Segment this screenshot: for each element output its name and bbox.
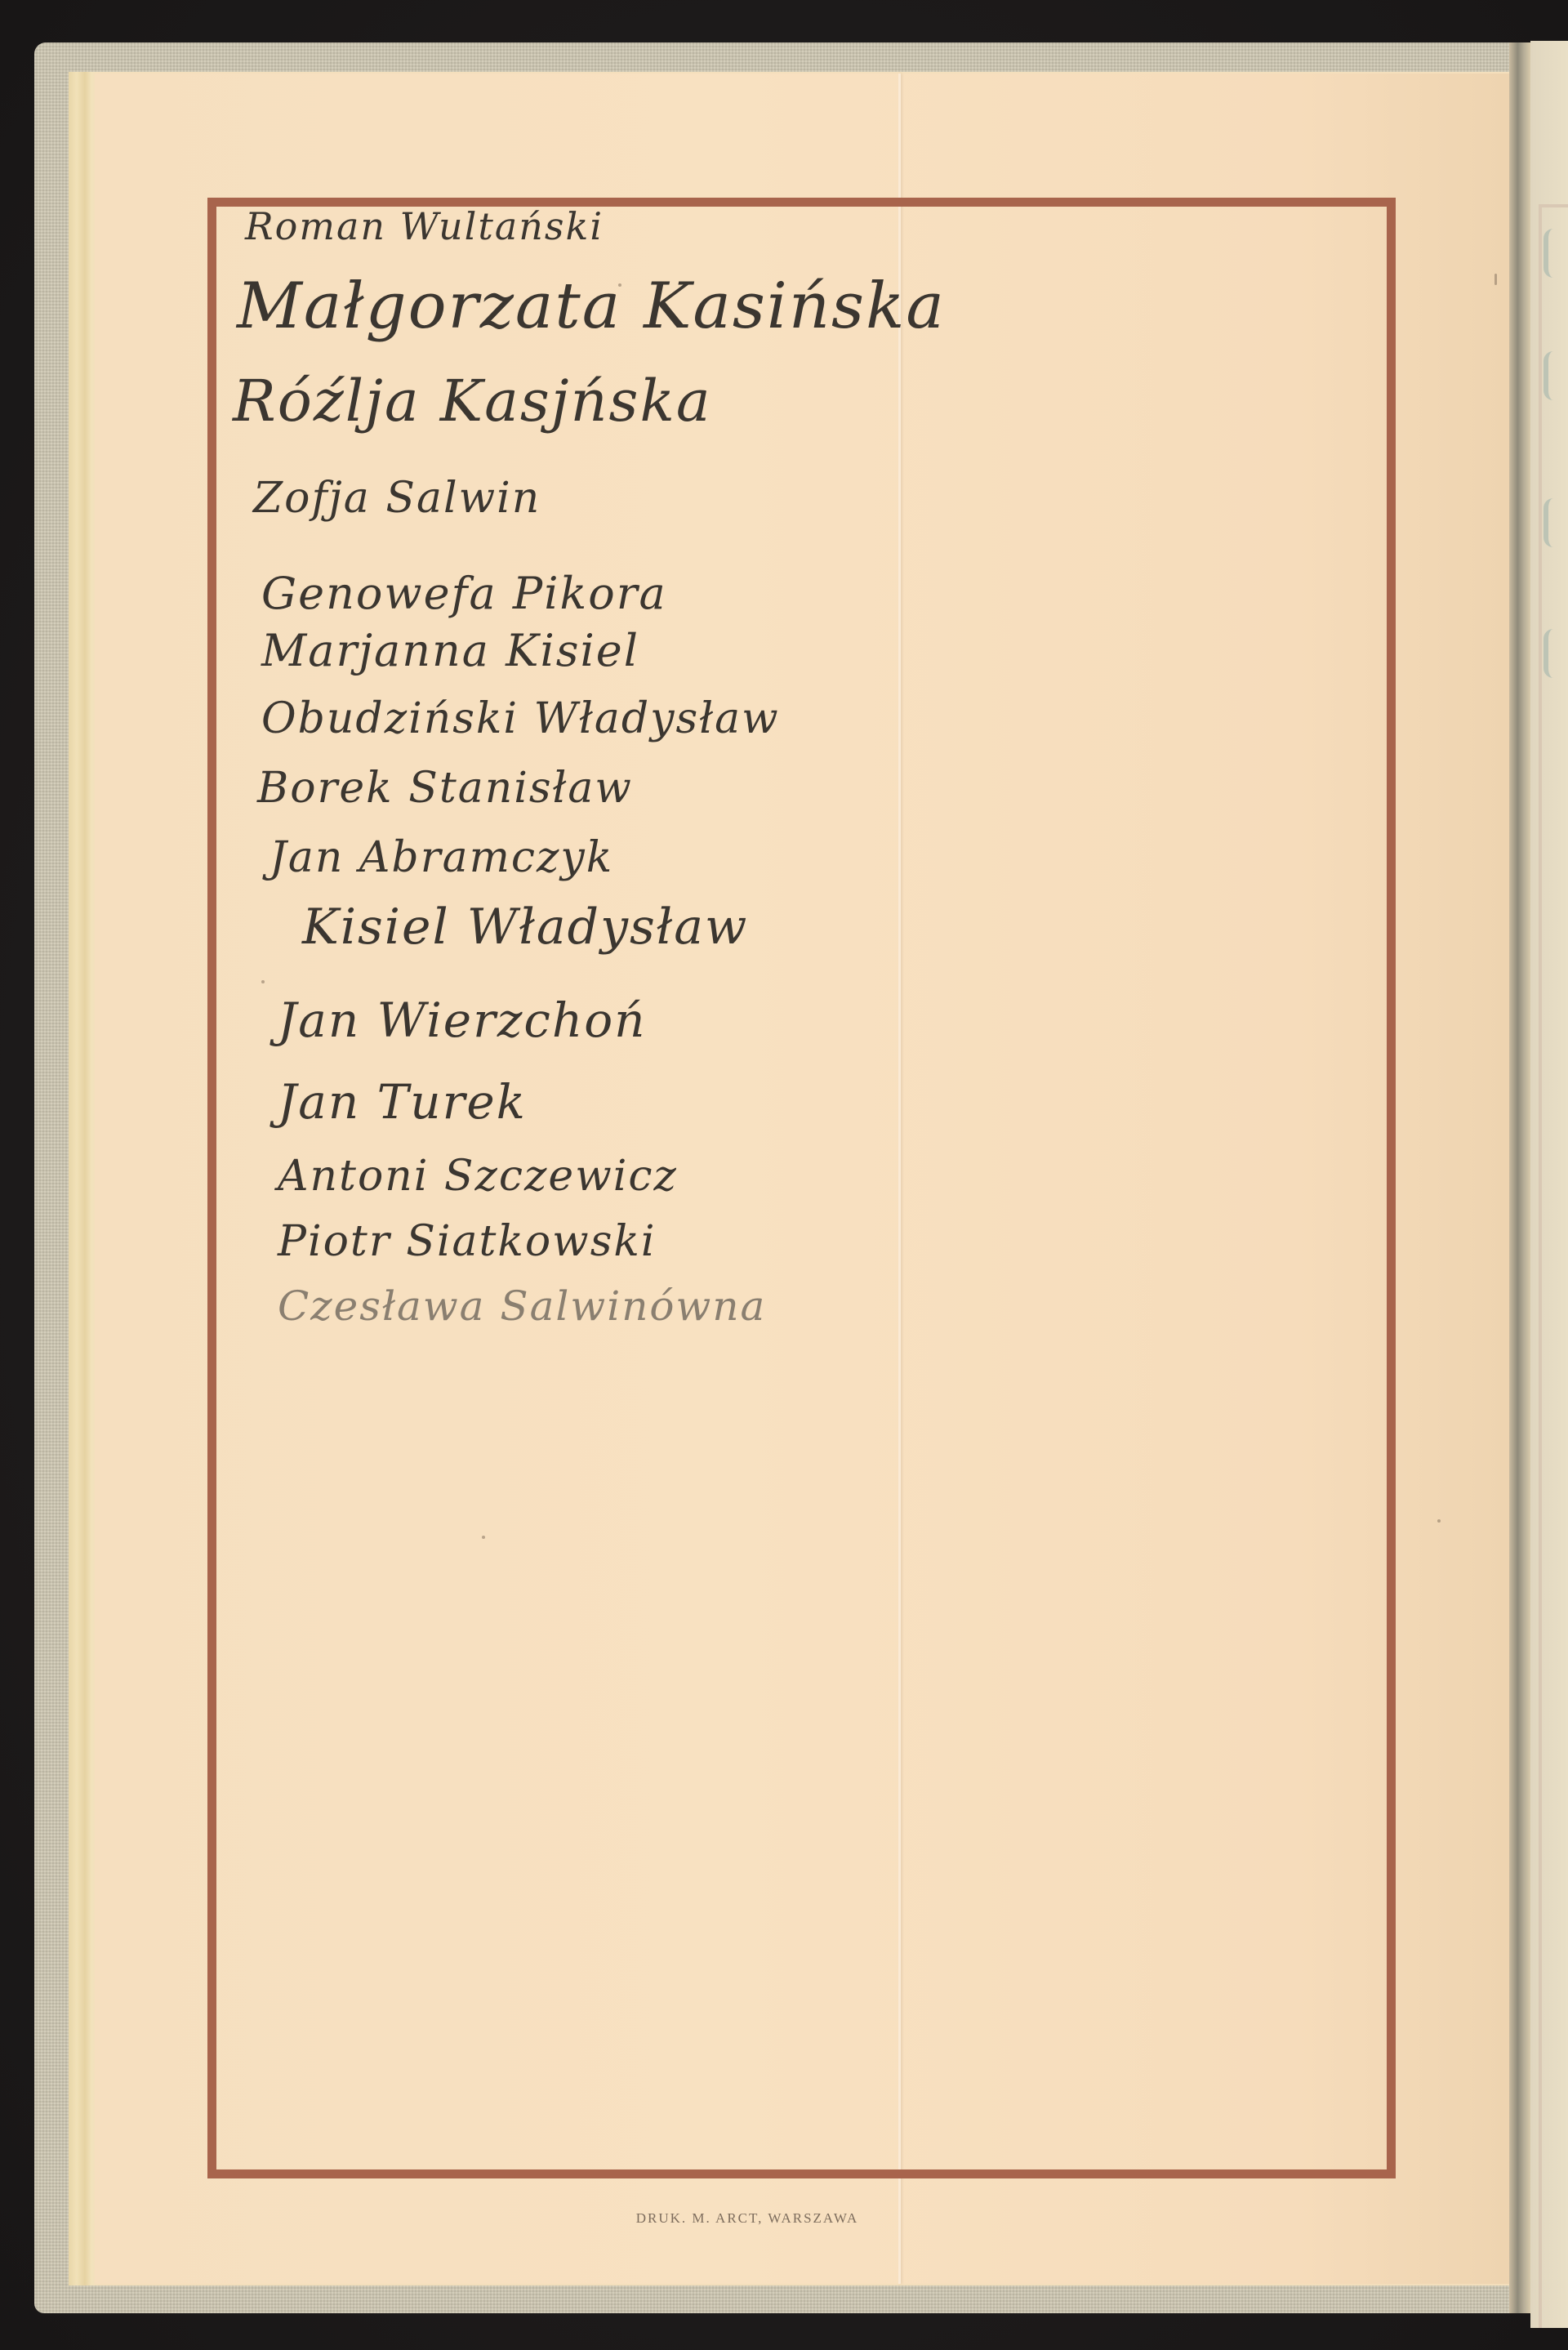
signature: Jan Wierzchoń [278,992,646,1048]
signature: Jan Abramczyk [269,833,613,882]
signature: Kisiel Władysław [302,899,748,956]
paper-speck [618,283,621,287]
paper-speck [1437,1519,1441,1523]
paper-speck [482,1536,485,1539]
signature: Genowefa Pikora [261,568,667,619]
scanned-book-scene: Roman Wultański Małgorzata Kasińska Róźl… [0,0,1568,2350]
signature: Obudziński Władysław [261,694,780,743]
signature: Jan Turek [278,1074,527,1130]
imprint-text: DRUK. M. ARCT, WARSZAWA [636,2210,859,2226]
facing-page-edge [1530,41,1568,2328]
signature: Zofja Salwin [253,474,541,523]
signature: Roman Wultański [245,204,604,248]
ornament-glyph [1543,629,1565,678]
signature: Małgorzata Kasińska [237,270,946,343]
paper-speck [261,980,265,983]
paper-mark [1494,274,1497,285]
ornament-glyph [1543,498,1565,547]
signature: Czesława Salwinówna [278,1282,766,1330]
signature: Marjanna Kisiel [261,625,639,676]
signature: Borek Stanisław [257,764,633,813]
ornament-glyph [1543,351,1565,400]
signature: Antoni Szczewicz [278,1152,678,1201]
signature: Róźlja Kasjńska [233,368,712,435]
ornament-glyph [1543,229,1565,278]
printer-imprint: DRUK. M. ARCT, WARSZAWA [0,2210,1568,2227]
signature: Piotr Siatkowski [278,1217,657,1266]
book-gutter [1509,42,1530,2313]
